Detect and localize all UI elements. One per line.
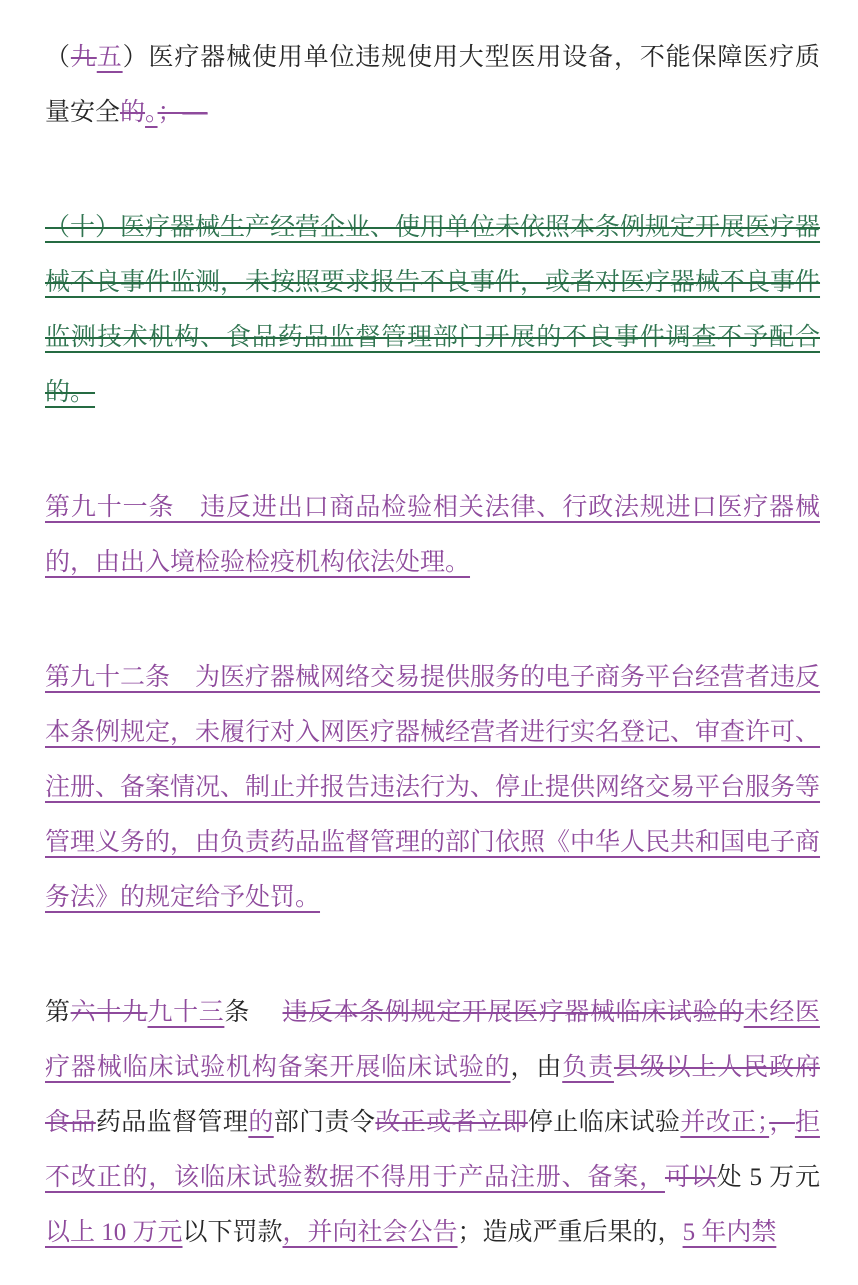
article-92-inserted: 第九十二条 为医疗器械网络交易提供服务的电子商务平台经营者违反本条例规定，未履行…: [45, 650, 820, 925]
text-run-normal: 处 5 万元: [717, 1164, 820, 1191]
text-run-del: 九: [71, 44, 97, 71]
article-91-inserted: 第九十一条 违反进出口商品检验相关法律、行政法规进口医疗器械的，由出入境检验检疫…: [45, 480, 820, 590]
text-run-del: 六十九: [71, 999, 148, 1026]
item-clause-five: （九五）医疗器械使用单位违规使用大型医用设备，不能保障医疗质量安全的。；—: [45, 30, 820, 140]
text-run-normal: 部门责令: [274, 1109, 376, 1136]
text-run-ins: 并改正；: [680, 1109, 769, 1136]
text-run-ins: 的: [248, 1109, 273, 1136]
item-clause-ten-deleted: （十）医疗器械生产经营企业、使用单位未依照本条例规定开展医疗器械不良事件监测，未…: [45, 200, 820, 420]
text-run-ins: 5 年内禁: [683, 1219, 777, 1246]
text-run-normal: ，由: [510, 1054, 562, 1081]
text-run-ins: 第九十二条 为医疗器械网络交易提供服务的电子商务平台经营者违反本条例规定，未履行…: [45, 664, 820, 911]
text-run-del: ，: [769, 1109, 795, 1136]
text-run-ins: 第九十一条 违反进出口商品检验相关法律、行政法规进口医疗器械的，由出入境检验检疫…: [45, 494, 820, 576]
text-run-ins: 九十三: [148, 999, 225, 1026]
text-run-ins: 五: [97, 44, 123, 71]
text-run-normal: 条: [224, 999, 282, 1026]
document-body: （九五）医疗器械使用单位违规使用大型医用设备，不能保障医疗质量安全的。；—（十）…: [45, 30, 820, 1260]
text-run-ins: 。: [145, 99, 158, 126]
text-run-normal: 以下罚款: [183, 1219, 283, 1246]
text-run-del: ；—: [158, 99, 208, 126]
text-run-ins: ，并向社会公告: [283, 1219, 458, 1246]
text-run-normal: ；造成严重后果的，: [458, 1219, 683, 1246]
text-run-normal: （: [45, 44, 71, 71]
text-run-del: 可以: [665, 1164, 717, 1191]
text-run-ins: 负责: [562, 1054, 614, 1081]
article-93-revised: 第六十九九十三条 违反本条例规定开展医疗器械临床试验的未经医疗器械临床试验机构备…: [45, 985, 820, 1260]
text-run-del: 改正或者立即: [375, 1109, 527, 1136]
text-run-ins: 以上 10 万元: [45, 1219, 183, 1246]
text-run-normal: 第: [45, 999, 71, 1026]
document-page: （九五）医疗器械使用单位违规使用大型医用设备，不能保障医疗质量安全的。；—（十）…: [0, 0, 858, 1285]
text-run-del: 违反本条例规定开展医疗器械临床试验的: [283, 999, 744, 1026]
text-run-del: 的: [120, 99, 145, 126]
text-run-normal: 停止临床试验: [528, 1109, 680, 1136]
text-run-normal: 药品监督管理: [96, 1109, 248, 1136]
text-run-delgreen: （十）医疗器械生产经营企业、使用单位未依照本条例规定开展医疗器械不良事件监测，未…: [45, 214, 820, 406]
